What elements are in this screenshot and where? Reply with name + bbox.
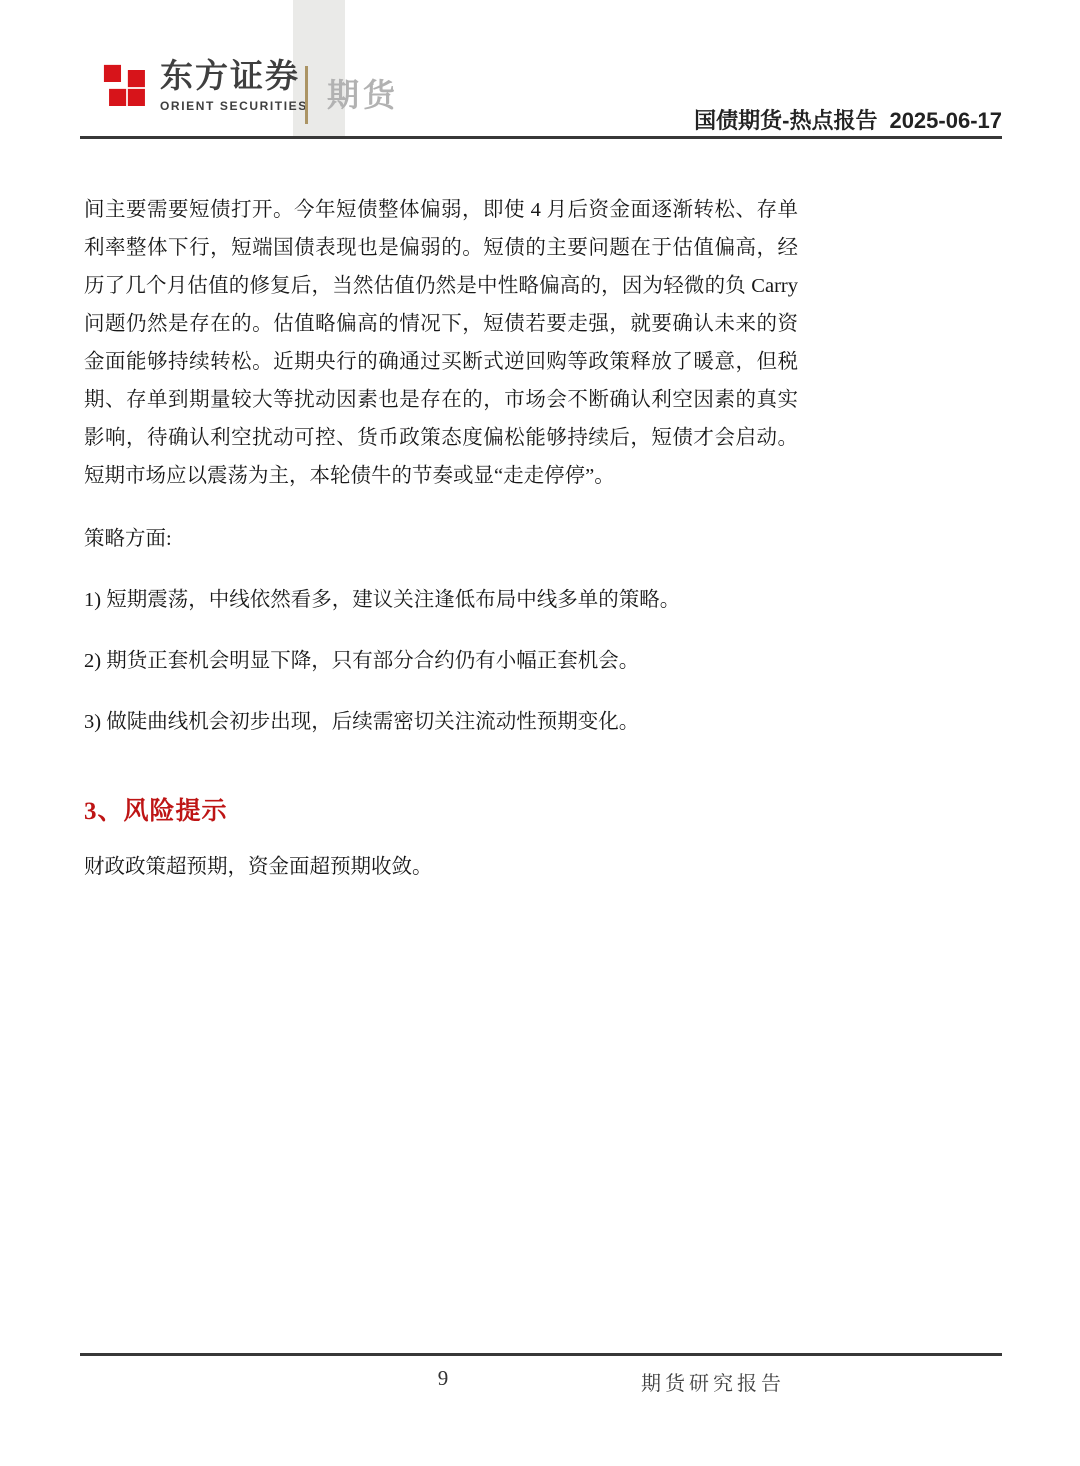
report-type: 国债期货-热点报告 (694, 108, 877, 133)
header-gold-divider (305, 66, 308, 124)
company-name-cn: 东方证券 (160, 56, 308, 96)
division-label: 期货 (327, 70, 399, 116)
header-rule (80, 136, 1002, 139)
company-name-en: ORIENT SECURITIES (160, 99, 308, 113)
body-paragraph: 间主要需要短债打开。今年短债整体偏弱，即使 4 月后资金面逐渐转松、存单利率整体… (84, 191, 798, 495)
risk-section-heading: 3、风险提示 (84, 793, 798, 831)
risk-text: 财政政策超预期，资金面超预期收敛。 (84, 848, 798, 886)
strategy-item-2: 2) 期货正套机会明显下降，只有部分合约仍有小幅正套机会。 (84, 642, 798, 680)
strategy-item-1: 1) 短期震荡，中线依然看多，建议关注逢低布局中线多单的策略。 (84, 581, 798, 619)
page-number: 9 (423, 1366, 463, 1391)
orient-securities-logo-icon (98, 58, 156, 118)
report-meta: 国债期货-热点报告2025-06-17 (694, 104, 1002, 135)
strategy-label: 策略方面: (84, 520, 798, 558)
footer-report-label: 期货研究报告 (641, 1367, 785, 1396)
footer-rule (80, 1353, 1002, 1356)
strategy-item-3: 3) 做陡曲线机会初步出现，后续需密切关注流动性预期变化。 (84, 703, 798, 741)
brand-text: 东方证券 ORIENT SECURITIES (160, 56, 308, 113)
report-body: 间主要需要短债打开。今年短债整体偏弱，即使 4 月后资金面逐渐转松、存单利率整体… (84, 191, 798, 886)
report-date: 2025-06-17 (889, 108, 1002, 133)
brand-block: 东方证券 ORIENT SECURITIES (98, 56, 308, 118)
report-page: 东方证券 ORIENT SECURITIES 期货 国债期货-热点报告2025-… (0, 0, 1080, 1466)
